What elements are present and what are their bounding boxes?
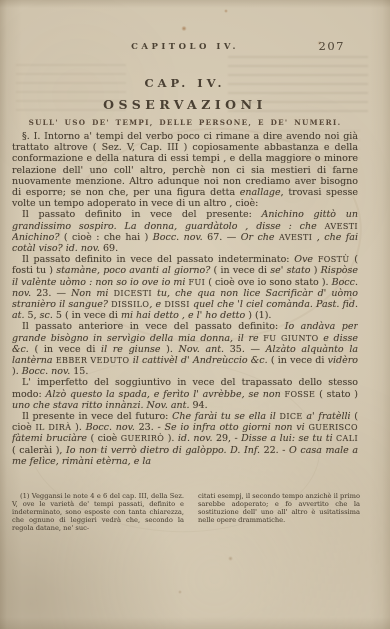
italic-text: il cattivèl d' Andreùccio &c. xyxy=(130,355,271,366)
running-head: CAPITOLO IV. 207 xyxy=(12,42,358,52)
smallcaps-text: DISSILO xyxy=(111,300,149,309)
body-text-segment: ( cioè ove io sono stato ). xyxy=(205,277,331,288)
smallcaps-text: CALI xyxy=(336,434,358,443)
italic-text: se' stato xyxy=(270,265,310,276)
italic-text: Alzò questo la spada, e ferìto l' avrèbb… xyxy=(46,389,285,400)
paragraph: L' imperfetto del soggiuntivo in vece de… xyxy=(12,377,358,411)
body-text-segment: 22. - xyxy=(264,445,289,456)
body-text-segment: ( calerài ), xyxy=(12,445,66,456)
smallcaps-text: GUERISCO xyxy=(308,423,358,432)
italic-text: uno che stava ritto innànzi. Nov. ant. xyxy=(12,400,193,411)
page-number: 207 xyxy=(319,39,345,53)
italic-text: Che farài tu se ella il xyxy=(172,411,279,422)
italic-text: fàtemi bruciàre xyxy=(12,433,90,444)
body-text-segment: ). xyxy=(71,422,85,433)
body-text-segment: ). xyxy=(164,433,178,444)
italic-text: Bocc. nov. xyxy=(153,232,207,243)
body-text-segment: ). xyxy=(12,366,22,377)
italic-text: mi hai detto , e l' ho detto xyxy=(121,310,245,321)
body-text-segment: 29, - xyxy=(216,433,241,444)
body-text-segment: 94. xyxy=(193,400,208,411)
foxing-spot xyxy=(181,26,187,31)
italic-text: Bocc. nov. xyxy=(86,422,139,433)
foxing-spot xyxy=(178,590,182,594)
italic-text: Non mi xyxy=(71,288,113,299)
body-text-segment: ) (1). xyxy=(245,310,271,321)
italic-text: stamàne, poco avanti al giorno? xyxy=(56,265,213,276)
section-subtitle: SULL' USO DE' TEMPI, DELLE PERSONE, E DE… xyxy=(12,118,358,127)
italic-text: Bocc. nov. xyxy=(22,366,74,377)
book-page: CAPITOLO IV. 207 CAP. IV. OSSERVAZIONI S… xyxy=(0,0,390,629)
chapter-heading: CAP. IV. xyxy=(12,76,358,90)
italic-text: Io non ti verrò dietro di galòppo. D. In… xyxy=(66,445,264,456)
body-text: §. I. Intorno a' tempi del verbo poco ci… xyxy=(12,131,358,481)
footnote-left-column: (1) Veggansi le note 4 e 6 del cap. III,… xyxy=(12,492,184,532)
smallcaps-text: DICE xyxy=(280,412,303,421)
italic-text: Nov. ant. xyxy=(179,344,230,355)
italic-text: vidèro xyxy=(328,355,358,366)
body-text-segment: ( cioè : che hai ) xyxy=(64,232,153,243)
body-text-segment: ). xyxy=(160,344,178,355)
foxing-spot xyxy=(228,556,233,561)
italic-text: Disse a lui: se tu ti xyxy=(241,433,336,444)
footnote: (1) Veggansi le note 4 e 6 del cap. III,… xyxy=(12,492,362,532)
body-text-segment: 67. — xyxy=(207,232,241,243)
italic-text: Ove xyxy=(294,254,318,265)
italic-text: il re giunse xyxy=(101,344,160,355)
footnote-right-column: citati esempj, il secondo tempo anzichè … xyxy=(198,492,360,532)
body-text-segment: Il passato anteriore in vece del passato… xyxy=(22,321,285,332)
body-text-segment: 23. - xyxy=(139,422,165,433)
paragraph: Il passato definito in vece del presente… xyxy=(12,209,358,254)
smallcaps-text: FOSSE xyxy=(285,390,316,399)
paragraph: Il presente in vece del futuro: Che farà… xyxy=(12,411,358,467)
body-text-segment: 69. xyxy=(103,243,118,254)
italic-text: , e xyxy=(149,299,164,310)
body-text-segment: 35. — xyxy=(230,344,266,355)
section-title: OSSERVAZIONI xyxy=(12,97,358,112)
italic-text: Anichino? xyxy=(12,232,64,243)
body-text-segment: 23. — xyxy=(36,288,71,299)
smallcaps-text: AVESTI xyxy=(325,222,358,231)
body-text-segment: Il presente in vece del futuro: xyxy=(22,411,172,422)
italic-text: enallage xyxy=(240,187,281,198)
italic-text: id. nov. xyxy=(178,433,216,444)
paragraph: Il passato definito in vece del passato … xyxy=(12,254,358,321)
running-head-label: CAPITOLO IV. xyxy=(131,42,239,52)
paragraph: Il passato anteriore in vece del passato… xyxy=(12,321,358,377)
body-text-segment: 5, xyxy=(28,310,40,321)
smallcaps-text: DICESTI xyxy=(114,289,152,298)
body-text-segment: 5 ( in vece di xyxy=(56,310,121,321)
smallcaps-text: DISSI xyxy=(164,300,190,309)
body-text-segment: ( cioè xyxy=(90,433,120,444)
smallcaps-text: EBBER VEDUTO xyxy=(56,356,130,365)
smallcaps-text: FU GIUNTO xyxy=(263,334,318,343)
body-text-segment: 15. xyxy=(73,366,88,377)
body-text-segment: Il passato definito in vece del passato … xyxy=(22,254,294,265)
smallcaps-text: FOSTÙ xyxy=(318,255,350,264)
smallcaps-text: GUERIRÒ xyxy=(121,434,165,443)
foxing-spot xyxy=(224,9,228,13)
smallcaps-text: FUI xyxy=(189,278,206,287)
body-text-segment: ( in vece di xyxy=(34,344,101,355)
body-text-segment: ) xyxy=(311,265,321,276)
italic-text: Se io infra otto giorni non vi xyxy=(164,422,308,433)
body-text-segment: ( stato ) xyxy=(315,389,358,400)
italic-text: sc. xyxy=(40,310,56,321)
italic-text: a' fratèlli xyxy=(303,411,355,422)
smallcaps-text: IL DIRÀ xyxy=(35,423,71,432)
body-text-segment: ( in vece di xyxy=(271,355,328,366)
smallcaps-text: AVESTI xyxy=(279,233,312,242)
body-text-segment: Il passato definito in vece del presente… xyxy=(22,209,262,220)
italic-text: Or che xyxy=(241,232,279,243)
body-text-segment: ( in vece di xyxy=(214,265,271,276)
paragraph: §. I. Intorno a' tempi del verbo poco ci… xyxy=(12,131,358,209)
